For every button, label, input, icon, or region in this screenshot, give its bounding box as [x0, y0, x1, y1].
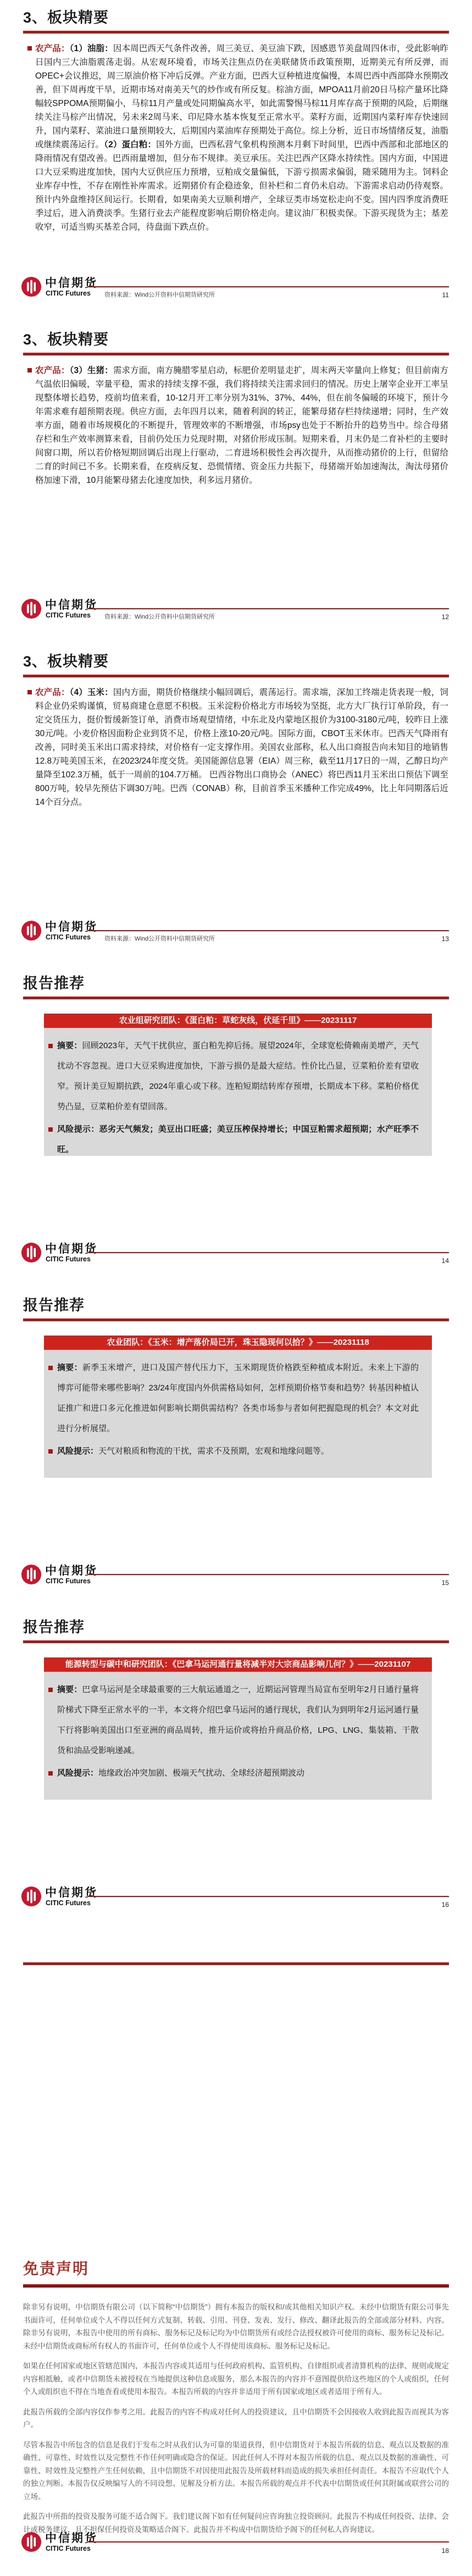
page-title: 3、板块精要: [23, 327, 109, 349]
summary-label: 摘要：: [57, 1363, 82, 1372]
disclaimer-underline: [23, 2284, 449, 2288]
report-page-15: 报告推荐 农业团队：《玉米：增产落价局已开，珠玉隐现何以拾？》——2023111…: [0, 1288, 472, 1610]
slide-page-13: 3、板块精要 农产品：（4）玉米：国内方面，期货价格继续小幅回调后，震荡运行。需…: [0, 644, 472, 966]
disclaimer-title: 免责声明: [23, 2257, 89, 2279]
citic-logo-icon: [21, 1886, 42, 1907]
footer-rule: [89, 930, 449, 931]
page-title: 3、板块精要: [23, 649, 109, 671]
page-title: 报告推荐: [23, 1293, 85, 1315]
summary-item: 摘要：新季玉米增产，进口及国产替代压力下，玉米期现货价格跌至种植成本附近。未来上…: [48, 1357, 419, 1439]
disclaimer-body: 除非另有说明，中信期货有限公司（以下简称“中信期货”）拥有本报告的版权和/或其他…: [23, 2301, 449, 2543]
sector-label: 农产品：: [35, 366, 70, 375]
report-panel: 摘要：新季玉米增产，进口及国产替代压力下，玉米期现货价格跌至种植成本附近。未来上…: [44, 1350, 432, 1478]
brand-name-cn: 中信期货: [45, 274, 98, 291]
topic-text-2: 国外方面，巴西私营气象机构预测本月剩下时间里，巴西中西部和北部地区的降雨情况有望…: [35, 140, 448, 232]
source-note: 资料来源：Wind公开资料中信期货研究所: [104, 290, 215, 299]
title-underline: [23, 1962, 449, 1965]
bullet-square-icon: [27, 368, 32, 372]
summary-text: 巴拿马运河是全球最重要的三大航运通道之一，近期运河管理当局宣布至明年2月日通行量…: [57, 1685, 419, 1755]
page-number: 11: [442, 291, 449, 299]
blank-divider-page: [0, 1932, 472, 2252]
citic-logo-icon: [21, 276, 42, 297]
disclaimer-paragraph: 尽管本报告中所包含的信息是我们于发布之时从我们认为可靠的渠道获得，但中信期货对于…: [23, 2439, 449, 2503]
brand-name-en: CITIC Futures: [46, 290, 91, 297]
citic-logo-icon: [21, 1564, 42, 1585]
bullet-square-icon: [48, 1688, 53, 1692]
brand-name-cn: 中信期货: [45, 918, 98, 934]
brand-name-en: CITIC Futures: [46, 611, 91, 619]
risk-label: 风险提示：: [57, 1768, 98, 1778]
topic-label: （3）生猪：: [70, 366, 113, 375]
page-number: 13: [442, 935, 449, 943]
report-banner: 农业团队：《玉米：增产落价局已开，珠玉隐现何以拾？》——20231118: [44, 1336, 432, 1350]
brand-name-cn: 中信期货: [45, 1884, 98, 1900]
risk-text: 天气对粮质和物流的干扰，需求不及预期，宏观和地缘问题等。: [98, 1446, 329, 1456]
citic-logo-icon: [21, 2532, 42, 2552]
summary-item: 摘要：巴拿马运河是全球最重要的三大航运通道之一，近期运河管理当局宣布至明年2月日…: [48, 1679, 419, 1761]
risk-item: 风险提示：天气对粮质和物流的干扰，需求不及预期，宏观和地缘问题等。: [48, 1441, 419, 1461]
bullet-square-icon: [48, 1449, 53, 1454]
page-number: 14: [442, 1257, 449, 1265]
sector-label: 农产品：: [35, 44, 70, 53]
footer-rule: [89, 2541, 449, 2542]
risk-text: 地缘政治冲突加剧、极端天气扰动、全球经济超预期波动: [98, 1768, 304, 1778]
summary-item: 摘要：回顾2023年，天气干扰供应，蛋白粕先抑后扬。展望2024年，全球宽松倚赖…: [48, 1036, 419, 1117]
topic-label: （4）玉米：: [70, 688, 113, 697]
summary-label: 摘要：: [57, 1041, 82, 1050]
report-panel: 摘要：回顾2023年，天气干扰供应，蛋白粕先抑后扬。展望2024年，全球宽松倚赖…: [44, 1028, 432, 1156]
bullet-square-icon: [48, 1366, 53, 1370]
briefing-text: 农产品：（1）油脂：因本周巴西天气条件改善，周三美豆、美豆油下跌，因感恩节美盘周…: [35, 42, 448, 234]
bullet-square-icon: [48, 1044, 53, 1048]
disclaimer-page: 免责声明 除非另有说明，中信期货有限公司（以下简称“中信期货”）拥有本报告的版权…: [0, 2252, 472, 2576]
source-note: 资料来源：Wind公开资料中信期货研究所: [104, 934, 215, 943]
briefing-text: 农产品：（4）玉米：国内方面，期货价格继续小幅回调后，震荡运行。需求端，深加工终…: [35, 686, 448, 809]
bullet-square-icon: [48, 1771, 53, 1776]
citic-logo-icon: [21, 1242, 42, 1263]
topic-label: （1）油脂：: [70, 44, 113, 53]
disclaimer-paragraph: 除非另有说明，中信期货有限公司（以下简称“中信期货”）拥有本报告的版权和/或其他…: [23, 2301, 449, 2352]
bullet-square-icon: [27, 690, 32, 694]
title-underline: [23, 353, 449, 355]
topic-text: 因本周巴西天气条件改善，周三美豆、美豆油下跌，因感恩节美盘周四休市，受此影响昨日…: [35, 44, 448, 149]
title-underline: [23, 1640, 449, 1643]
page-number: 15: [442, 1579, 449, 1587]
risk-item: 风险提示：恶劣天气频发；美豆出口旺盛；美豆压榨保持增长；中国豆粕需求超预期；水产…: [48, 1119, 419, 1160]
report-page-14: 报告推荐 农业组研究团队：《蛋白粕：草蛇灰线，伏延千里》——20231117 摘…: [0, 966, 472, 1288]
briefing-text: 农产品：（3）生猪：需求方面，南方腌腊零星启动，标肥价差明显走扩，周末两天宰量向…: [35, 364, 448, 487]
footer-rule: [89, 608, 449, 609]
brand-name-cn: 中信期货: [45, 596, 98, 613]
risk-text: 恶劣天气频发；美豆出口旺盛；美豆压榨保持增长；中国豆粕需求超预期；水产旺季不旺。: [57, 1125, 419, 1154]
risk-label: 风险提示：: [57, 1446, 98, 1456]
topic-text: 需求方面，南方腌腊零星启动，标肥价差明显走扩，周末两天宰量向上修复；但目前南方气…: [35, 366, 448, 485]
brand-name-en: CITIC Futures: [46, 933, 91, 941]
brand-name-cn: 中信期货: [45, 2529, 98, 2546]
brand-name-en: CITIC Futures: [46, 2545, 91, 2552]
summary-text: 回顾2023年，天气干扰供应，蛋白粕先抑后扬。展望2024年，全球宽松倚赖南美增…: [57, 1041, 419, 1111]
title-underline: [23, 1318, 449, 1321]
page-number: 18: [442, 2547, 449, 2555]
slide-page-12: 3、板块精要 农产品：（3）生猪：需求方面，南方腌腊零星启动，标肥价差明显走扩，…: [0, 322, 472, 644]
summary-text: 新季玉米增产，进口及国产替代压力下，玉米期现货价格跌至种植成本附近。未来上下游的…: [57, 1363, 419, 1433]
footer-rule: [89, 1896, 449, 1897]
risk-item: 风险提示：地缘政治冲突加剧、极端天气扰动、全球经济超预期波动: [48, 1763, 419, 1783]
brand-name-cn: 中信期货: [45, 1562, 98, 1578]
title-underline: [23, 997, 449, 999]
title-underline: [23, 31, 449, 34]
summary-label: 摘要：: [57, 1685, 82, 1694]
brand-name-en: CITIC Futures: [46, 1577, 91, 1585]
disclaimer-paragraph: 此报告所载的全部内容仅作参考之用。此报告的内容不构成对任何人的投资建议，且中信期…: [23, 2406, 449, 2432]
topic-label-2: （2）蛋白粕：: [104, 140, 156, 149]
report-banner: 农业组研究团队：《蛋白粕：草蛇灰线，伏延千里》——20231117: [44, 1014, 432, 1028]
report-page-16: 报告推荐 能源转型与碳中和研究团队：《巴拿马运河通行量将减半对大宗商品影响几何？…: [0, 1610, 472, 1932]
topic-text: 国内方面，期货价格继续小幅回调后，震荡运行。需求端，深加工终端走货表现一般，饲料…: [35, 688, 448, 807]
footer-rule: [89, 1574, 449, 1575]
page-title: 报告推荐: [23, 971, 85, 993]
bullet-square-icon: [48, 1127, 53, 1132]
disclaimer-paragraph: 如果在任何国家或地区管辖范围内，本报告内容或其适用与任何政府机构、监管机构、自律…: [23, 2360, 449, 2399]
slide-page-11: 3、板块精要 农产品：（1）油脂：因本周巴西天气条件改善，周三美豆、美豆油下跌，…: [0, 0, 472, 322]
page-title: 报告推荐: [23, 1615, 85, 1637]
brand-name-en: CITIC Futures: [46, 1255, 91, 1263]
page-title: 3、板块精要: [23, 5, 109, 27]
footer-rule: [89, 286, 449, 287]
bullet-square-icon: [27, 46, 32, 51]
report-banner: 能源转型与碳中和研究团队：《巴拿马运河通行量将减半对大宗商品影响几何？》——20…: [44, 1657, 432, 1672]
sector-label: 农产品：: [35, 688, 70, 697]
report-panel: 摘要：巴拿马运河是全球最重要的三大航运通道之一，近期运河管理当局宣布至明年2月日…: [44, 1672, 432, 1800]
source-note: 资料来源：Wind公开资料中信期货研究所: [104, 612, 215, 621]
footer-rule: [89, 1252, 449, 1253]
brand-name-cn: 中信期货: [45, 1240, 98, 1256]
citic-logo-icon: [21, 598, 42, 619]
page-number: 12: [442, 613, 449, 621]
risk-label: 风险提示：: [57, 1125, 99, 1134]
title-underline: [23, 675, 449, 677]
page-number: 16: [442, 1901, 449, 1909]
citic-logo-icon: [21, 920, 42, 941]
brand-name-en: CITIC Futures: [46, 1899, 91, 1907]
